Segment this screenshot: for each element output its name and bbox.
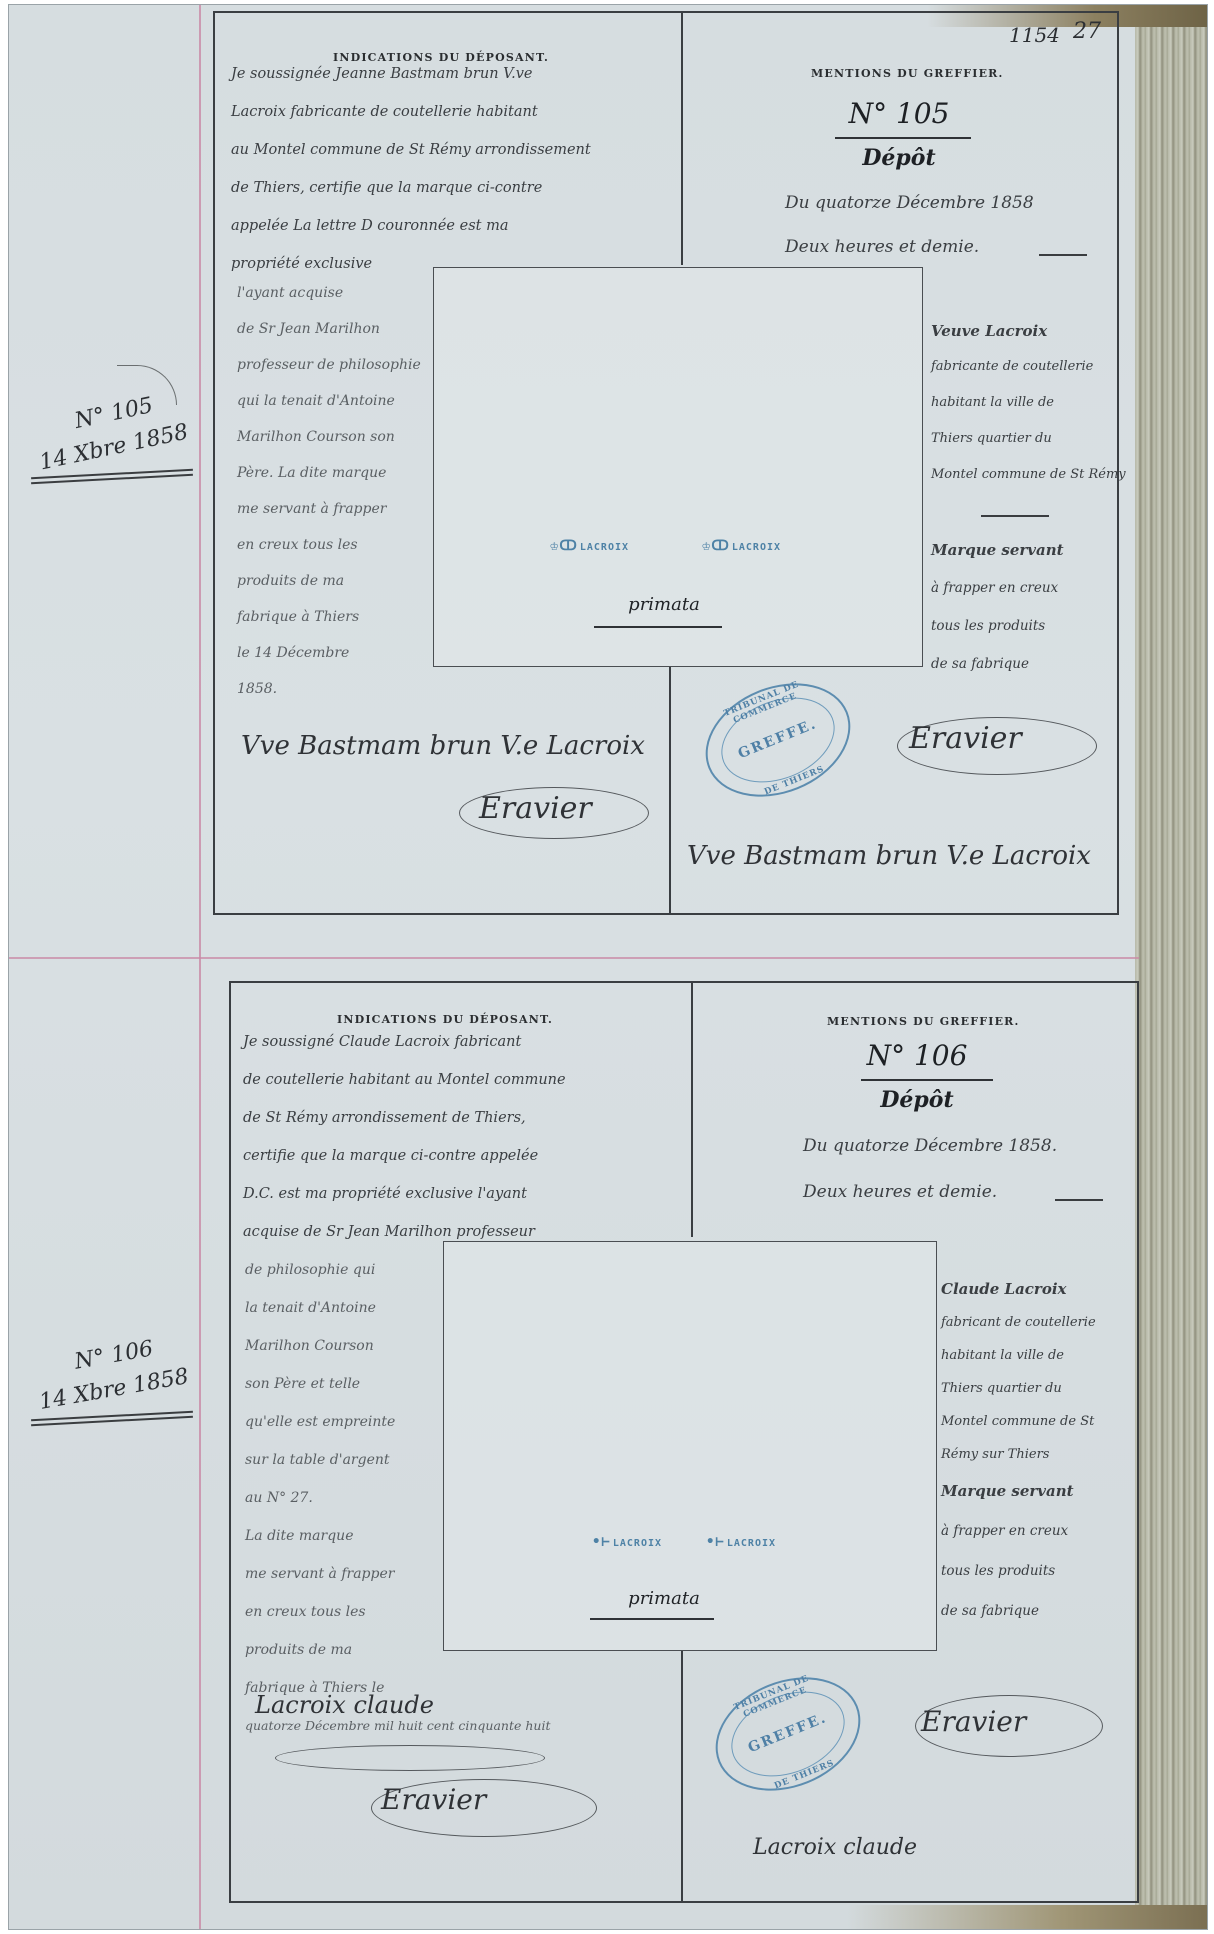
margin-note-entry-106: N° 106 14 Xbre 1858 xyxy=(29,1339,199,1422)
greffier-entry-number: N° 105 xyxy=(799,97,999,130)
trademark-stamp: ♔ↀLACROIX xyxy=(702,538,781,554)
trademark-impression-box: •⊢LACROIX •⊢LACROIX primata xyxy=(443,1241,937,1651)
caption-underline xyxy=(590,1618,714,1620)
margin-note-entry-105: N° 105 14 Xbre 1858 xyxy=(29,397,199,480)
number-underline xyxy=(835,137,971,139)
clerk-signature: Eravier xyxy=(909,721,1022,756)
caption-underline xyxy=(594,626,722,628)
greffier-column-title: MENTIONS DU GREFFIER. xyxy=(811,67,1004,80)
crown-dc-icon: ♔ↀ xyxy=(550,538,578,554)
crown-dc-icon: ♔ↀ xyxy=(702,538,730,554)
greffier-mark-usage: Marque servant à frapper en creux tous l… xyxy=(931,531,1064,683)
book-page-edges xyxy=(1135,5,1207,1929)
mark-caption: primata xyxy=(594,594,734,615)
greffier-column-title: MENTIONS DU GREFFIER. xyxy=(827,1015,1020,1028)
greffier-entry-number: N° 106 xyxy=(817,1039,1017,1072)
greffier-description: Claude Lacroix fabricant de coutellerie … xyxy=(941,1273,1096,1471)
number-underline xyxy=(861,1079,993,1081)
greffier-mark-usage: Marque servant à frapper en creux tous l… xyxy=(941,1471,1074,1631)
register-page: 1154 27 N° 105 14 Xbre 1858 INDICATIONS … xyxy=(8,4,1208,1930)
trademark-stamp: •⊢LACROIX xyxy=(706,1534,776,1550)
date-end-rule xyxy=(1039,254,1087,256)
margin-rule-vertical xyxy=(199,5,201,1929)
trademark-impression-box: ♔ↀLACROIX ♔ↀLACROIX primata xyxy=(433,267,923,667)
trademark-stamp: •⊢LACROIX xyxy=(592,1534,662,1550)
column-divider-top xyxy=(681,11,683,265)
bar-mark-icon: •⊢ xyxy=(592,1534,611,1550)
margin-rule-horizontal xyxy=(9,957,1139,959)
description-rule xyxy=(981,515,1049,517)
greffier-description: Veuve Lacroix fabricante de coutellerie … xyxy=(931,313,1126,493)
column-divider-bottom xyxy=(669,667,671,915)
column-divider-bottom xyxy=(681,1651,683,1903)
date-end-rule xyxy=(1055,1199,1103,1201)
depositor-signature: Vve Bastmam brun V.e Lacroix xyxy=(241,731,645,761)
mark-caption: primata xyxy=(594,1588,734,1609)
depot-date: Du quatorze Décembre 1858 Deux heures et… xyxy=(785,181,1034,269)
clerk-signature: Eravier xyxy=(921,1705,1026,1738)
depot-label: Dépôt xyxy=(829,145,969,171)
bar-mark-icon: •⊢ xyxy=(706,1534,725,1550)
deposant-declaration-top: Je soussignée Jeanne Bastmam brun V.ve L… xyxy=(231,55,591,283)
book-cover-bottom xyxy=(847,1905,1207,1929)
deposant-declaration-side: l'ayant acquise de Sr Jean Marilhon prof… xyxy=(237,275,421,707)
signature-flourish xyxy=(275,1745,545,1771)
depot-date: Du quatorze Décembre 1858. Deux heures e… xyxy=(803,1123,1057,1215)
depot-label: Dépôt xyxy=(847,1087,987,1113)
depositor-signature: Lacroix claude xyxy=(753,1835,917,1860)
column-divider-top xyxy=(691,981,693,1237)
depositor-signature: Lacroix claude xyxy=(255,1691,434,1719)
clerk-signature: Eravier xyxy=(479,791,592,826)
trademark-stamp: ♔ↀLACROIX xyxy=(550,538,629,554)
deposant-declaration-top: Je soussigné Claude Lacroix fabricant de… xyxy=(243,1023,566,1251)
depositor-signature: Vve Bastmam brun V.e Lacroix xyxy=(687,841,1091,871)
clerk-signature: Eravier xyxy=(381,1783,486,1816)
